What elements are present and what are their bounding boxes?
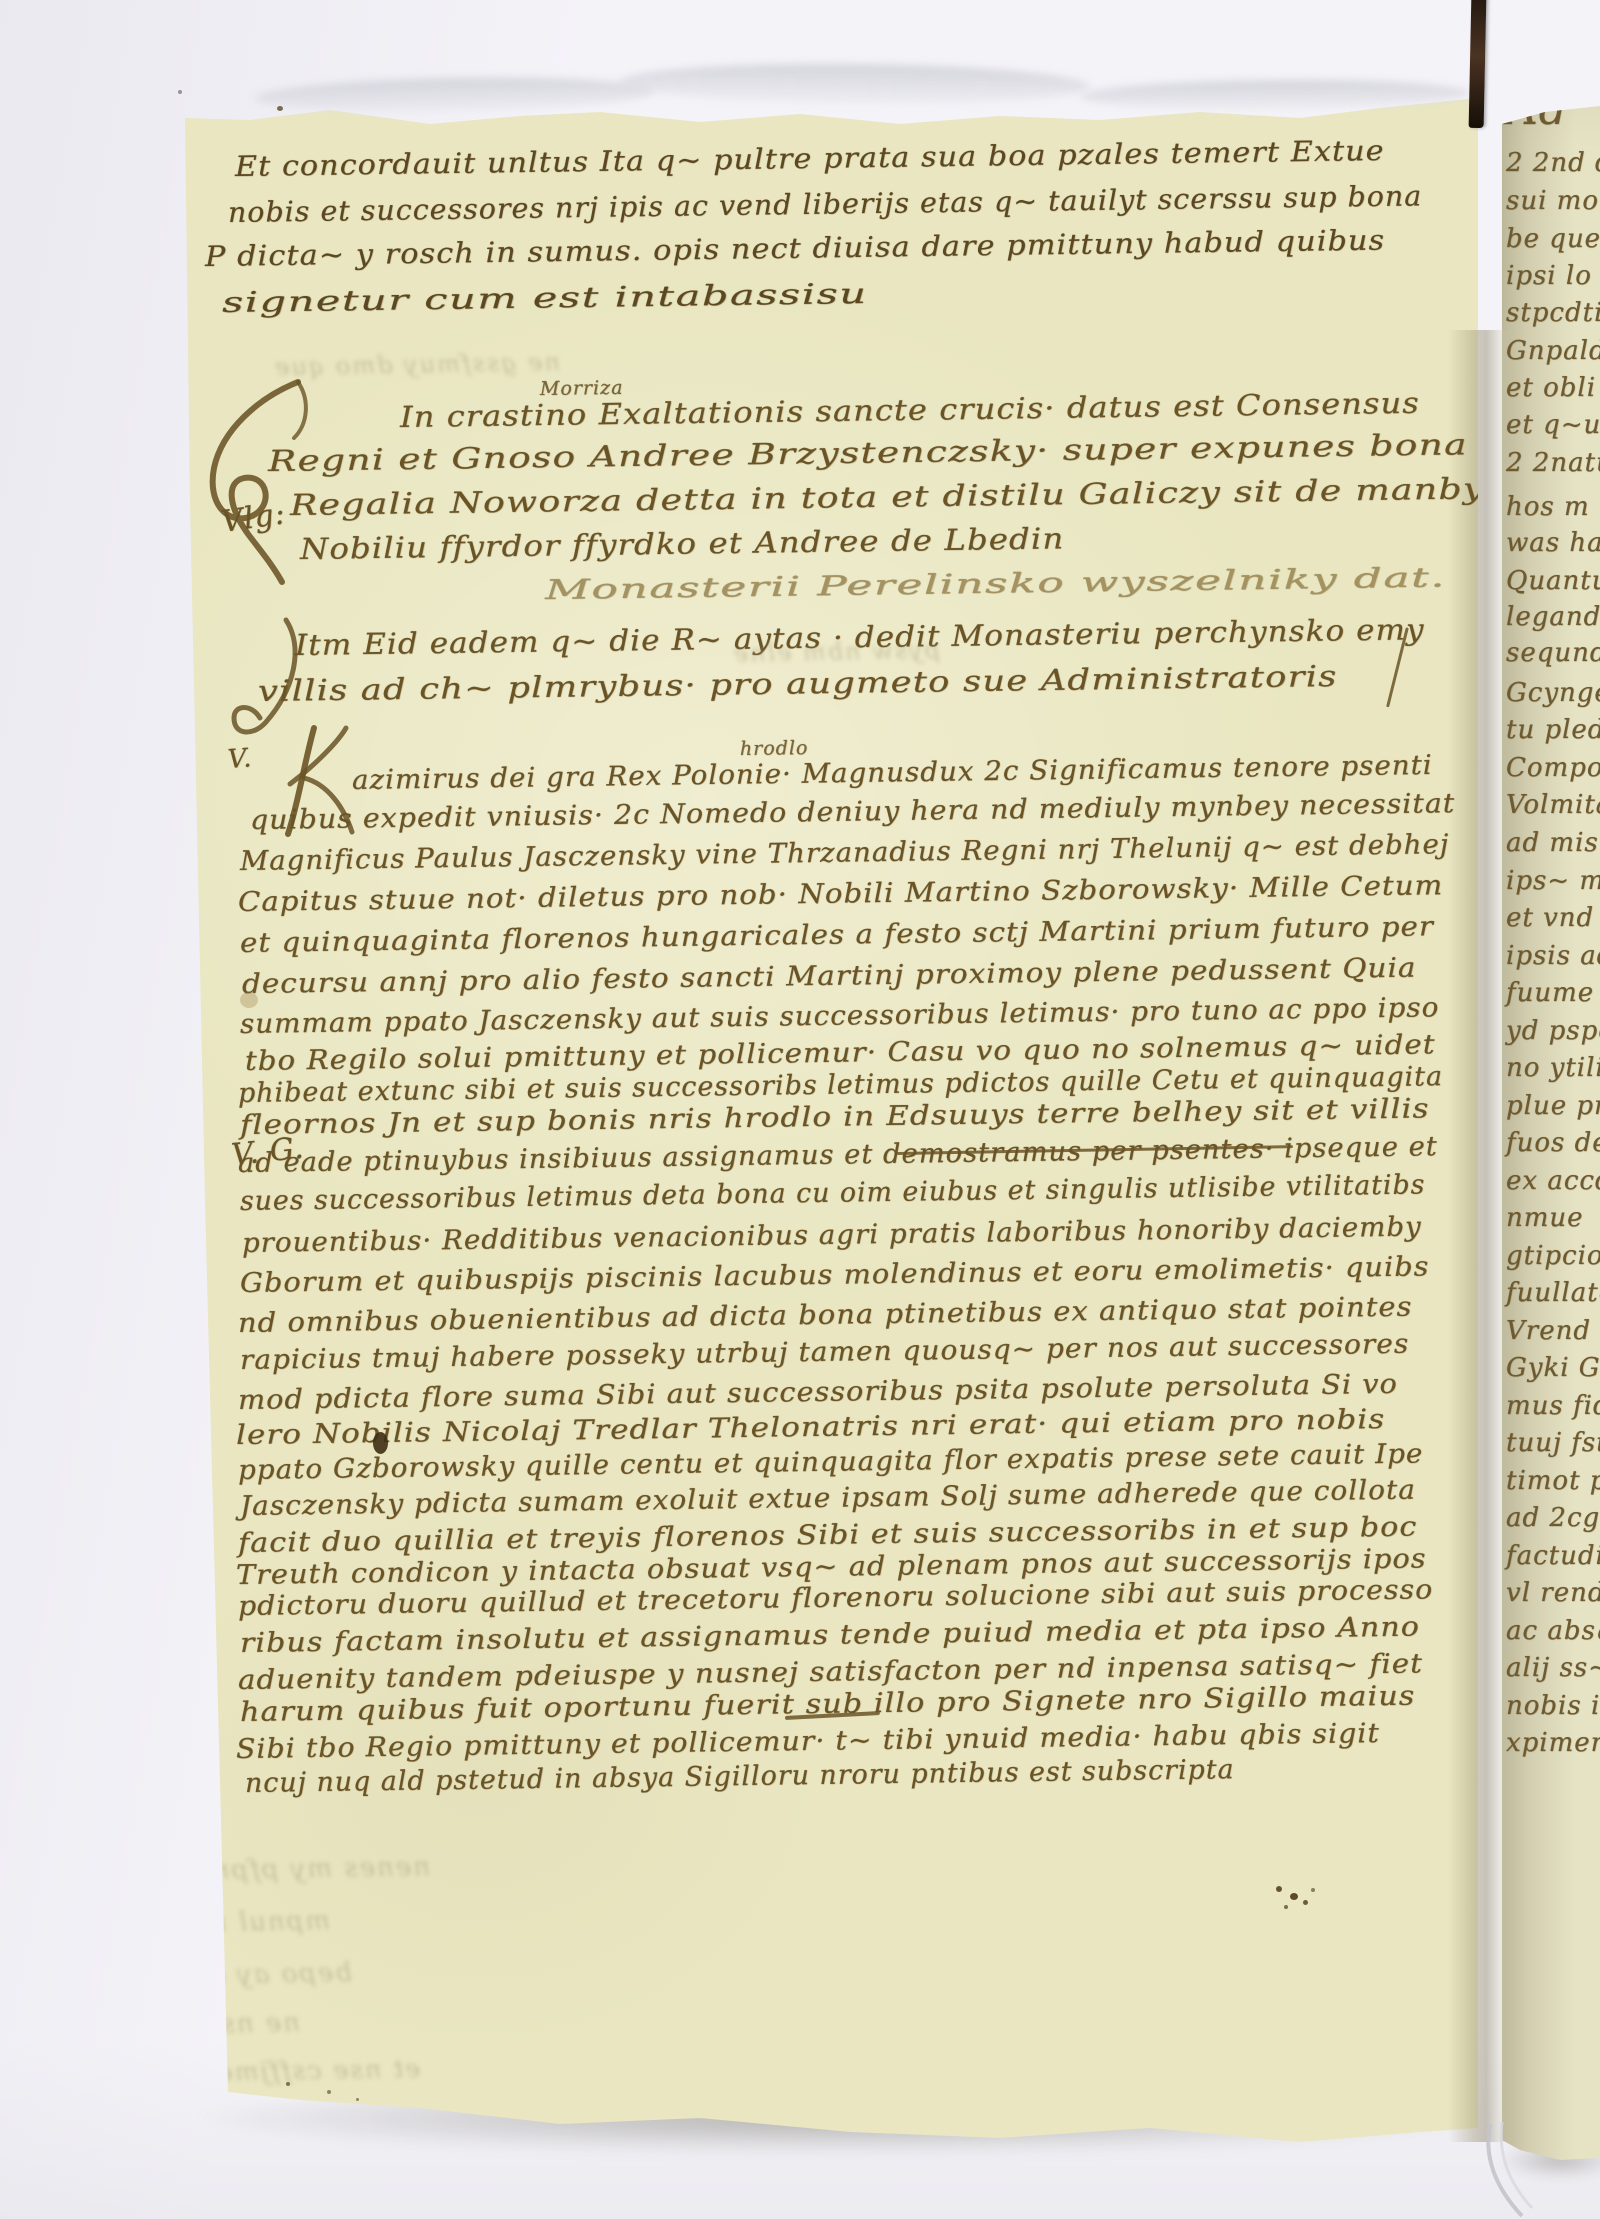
next-page-text-line: ipsi lo (1506, 261, 1592, 291)
text-line: P dicta~ y rosch in sumus. opis nect diu… (205, 224, 1386, 273)
next-page-text-line: Vrend ne (1506, 1316, 1600, 1346)
text-line: signetur cum est intabassisu (222, 277, 868, 319)
next-page-text-line: ipsis ad (1506, 941, 1600, 971)
next-page-text-line: sequndby (1506, 638, 1600, 668)
next-page-text-line: et vnd (1506, 903, 1594, 933)
text-line: Capitus stuue not· diletus pro nob· Nobi… (238, 870, 1444, 918)
next-page-text-line: sui mo (1506, 186, 1599, 216)
next-page-text-line: 2 2natu (1506, 448, 1600, 478)
text-line: Monasterii Perelinsko wyszelniky dat. (545, 562, 1446, 606)
main-text-layer: Et concordauit unltus Ita q~ pultre prat… (0, 0, 1600, 2219)
next-page-text-line: Gyki Gr (1506, 1353, 1600, 1383)
text-line: decursu annj pro alio festo sancti Marti… (242, 953, 1417, 1000)
next-page-text-line: ips~ mo (1506, 866, 1600, 896)
next-page-text-line: alij ss~ h (1506, 1653, 1600, 1683)
text-line: Regni et Gnoso Andree Brzystenczsky· sup… (268, 427, 1468, 478)
next-page-text-line: legand (1506, 602, 1600, 632)
next-page-text-line: factudist (1506, 1541, 1600, 1571)
next-page-text-line: ex accdnj (1506, 1166, 1600, 1196)
next-page-text-line: nobis ing (1506, 1691, 1600, 1721)
next-page-text-line: fuullatem (1506, 1278, 1600, 1308)
next-page-text-line: fuume (1506, 978, 1594, 1008)
next-page-text-line: Compozi (1506, 753, 1600, 783)
next-page-text-line: xpimemis (1506, 1728, 1600, 1758)
text-line: Regalia Noworza detta in tota et distilu… (290, 471, 1485, 522)
text-line: Gborum et quibuspijs piscinis lacubus mo… (240, 1251, 1430, 1299)
text-line: Nobiliu ffyrdor ffyrdko et Andree de Lbe… (300, 521, 1065, 566)
ghost-text-line: pysw nbm elne (732, 636, 941, 668)
text-line: Et concordauit unltus Ita q~ pultre prat… (235, 134, 1385, 183)
next-page-text-line: yd pspo (1506, 1016, 1600, 1046)
next-page-text-line: ad misu (1506, 828, 1600, 858)
next-page-text-line: nmue (1506, 1203, 1584, 1233)
next-page-text-line: stpcdti (1506, 298, 1600, 328)
next-page-text-line: timot pre (1506, 1466, 1600, 1496)
next-page-text-line: was hal (1506, 528, 1600, 558)
text-line: quibus expedit vniusis· 2c Nomedo deniuy… (250, 788, 1456, 836)
next-page-text-line: Quantu (1506, 566, 1600, 596)
next-page-text-line: no ytili (1506, 1053, 1600, 1083)
next-page-text-line: plue pro (1506, 1091, 1600, 1121)
next-page-text-line: hos m (1506, 492, 1590, 522)
margin-mark: V. (227, 743, 254, 775)
text-line: et quinquaginta florenos hungaricales a … (240, 911, 1434, 959)
margin-mark: Vlg: (219, 496, 288, 540)
next-page-text-line: tu pledi (1506, 715, 1600, 745)
next-page-text-line: Gnpaldo (1506, 336, 1600, 366)
next-page-text-line: tuuj fstoia (1506, 1428, 1600, 1458)
next-page-text-line: et obli (1506, 373, 1596, 403)
text-line: Magnificus Paulus Jasczensky vine Thrzan… (240, 829, 1450, 877)
ghost-text-line: ne gssfmuy dmo que (273, 348, 560, 381)
text-line: hrodlo (740, 737, 809, 760)
next-page-text-line: fuos de (1506, 1128, 1600, 1158)
next-page-text-line: Gcynge (1506, 678, 1600, 708)
next-page-text-line: vl rend a (1506, 1578, 1600, 1608)
next-page-text-line: ac absq~ p (1506, 1616, 1600, 1646)
text-line: sues successoribus letimus deta bona cu … (240, 1169, 1426, 1217)
text-line: nobis et successores nrj ipis ac vend li… (228, 179, 1423, 229)
text-line: prouentibus· Redditibus venacionibus agr… (242, 1212, 1422, 1259)
text-line: azimirus dei gra Rex Polonie· Magnusdux … (352, 750, 1433, 796)
next-page-text-line: mus fidel (1506, 1391, 1600, 1421)
next-page-text-line: ad 2cgini (1506, 1503, 1600, 1533)
next-page-text-line: Volmitat (1506, 790, 1600, 820)
next-page-text-line: et q~u (1506, 410, 1600, 440)
next-page-text-line: 2 2nd d (1506, 148, 1600, 178)
next-page-text-line: be que (1506, 224, 1600, 254)
next-page-text-line: gtipcio (1506, 1241, 1600, 1271)
